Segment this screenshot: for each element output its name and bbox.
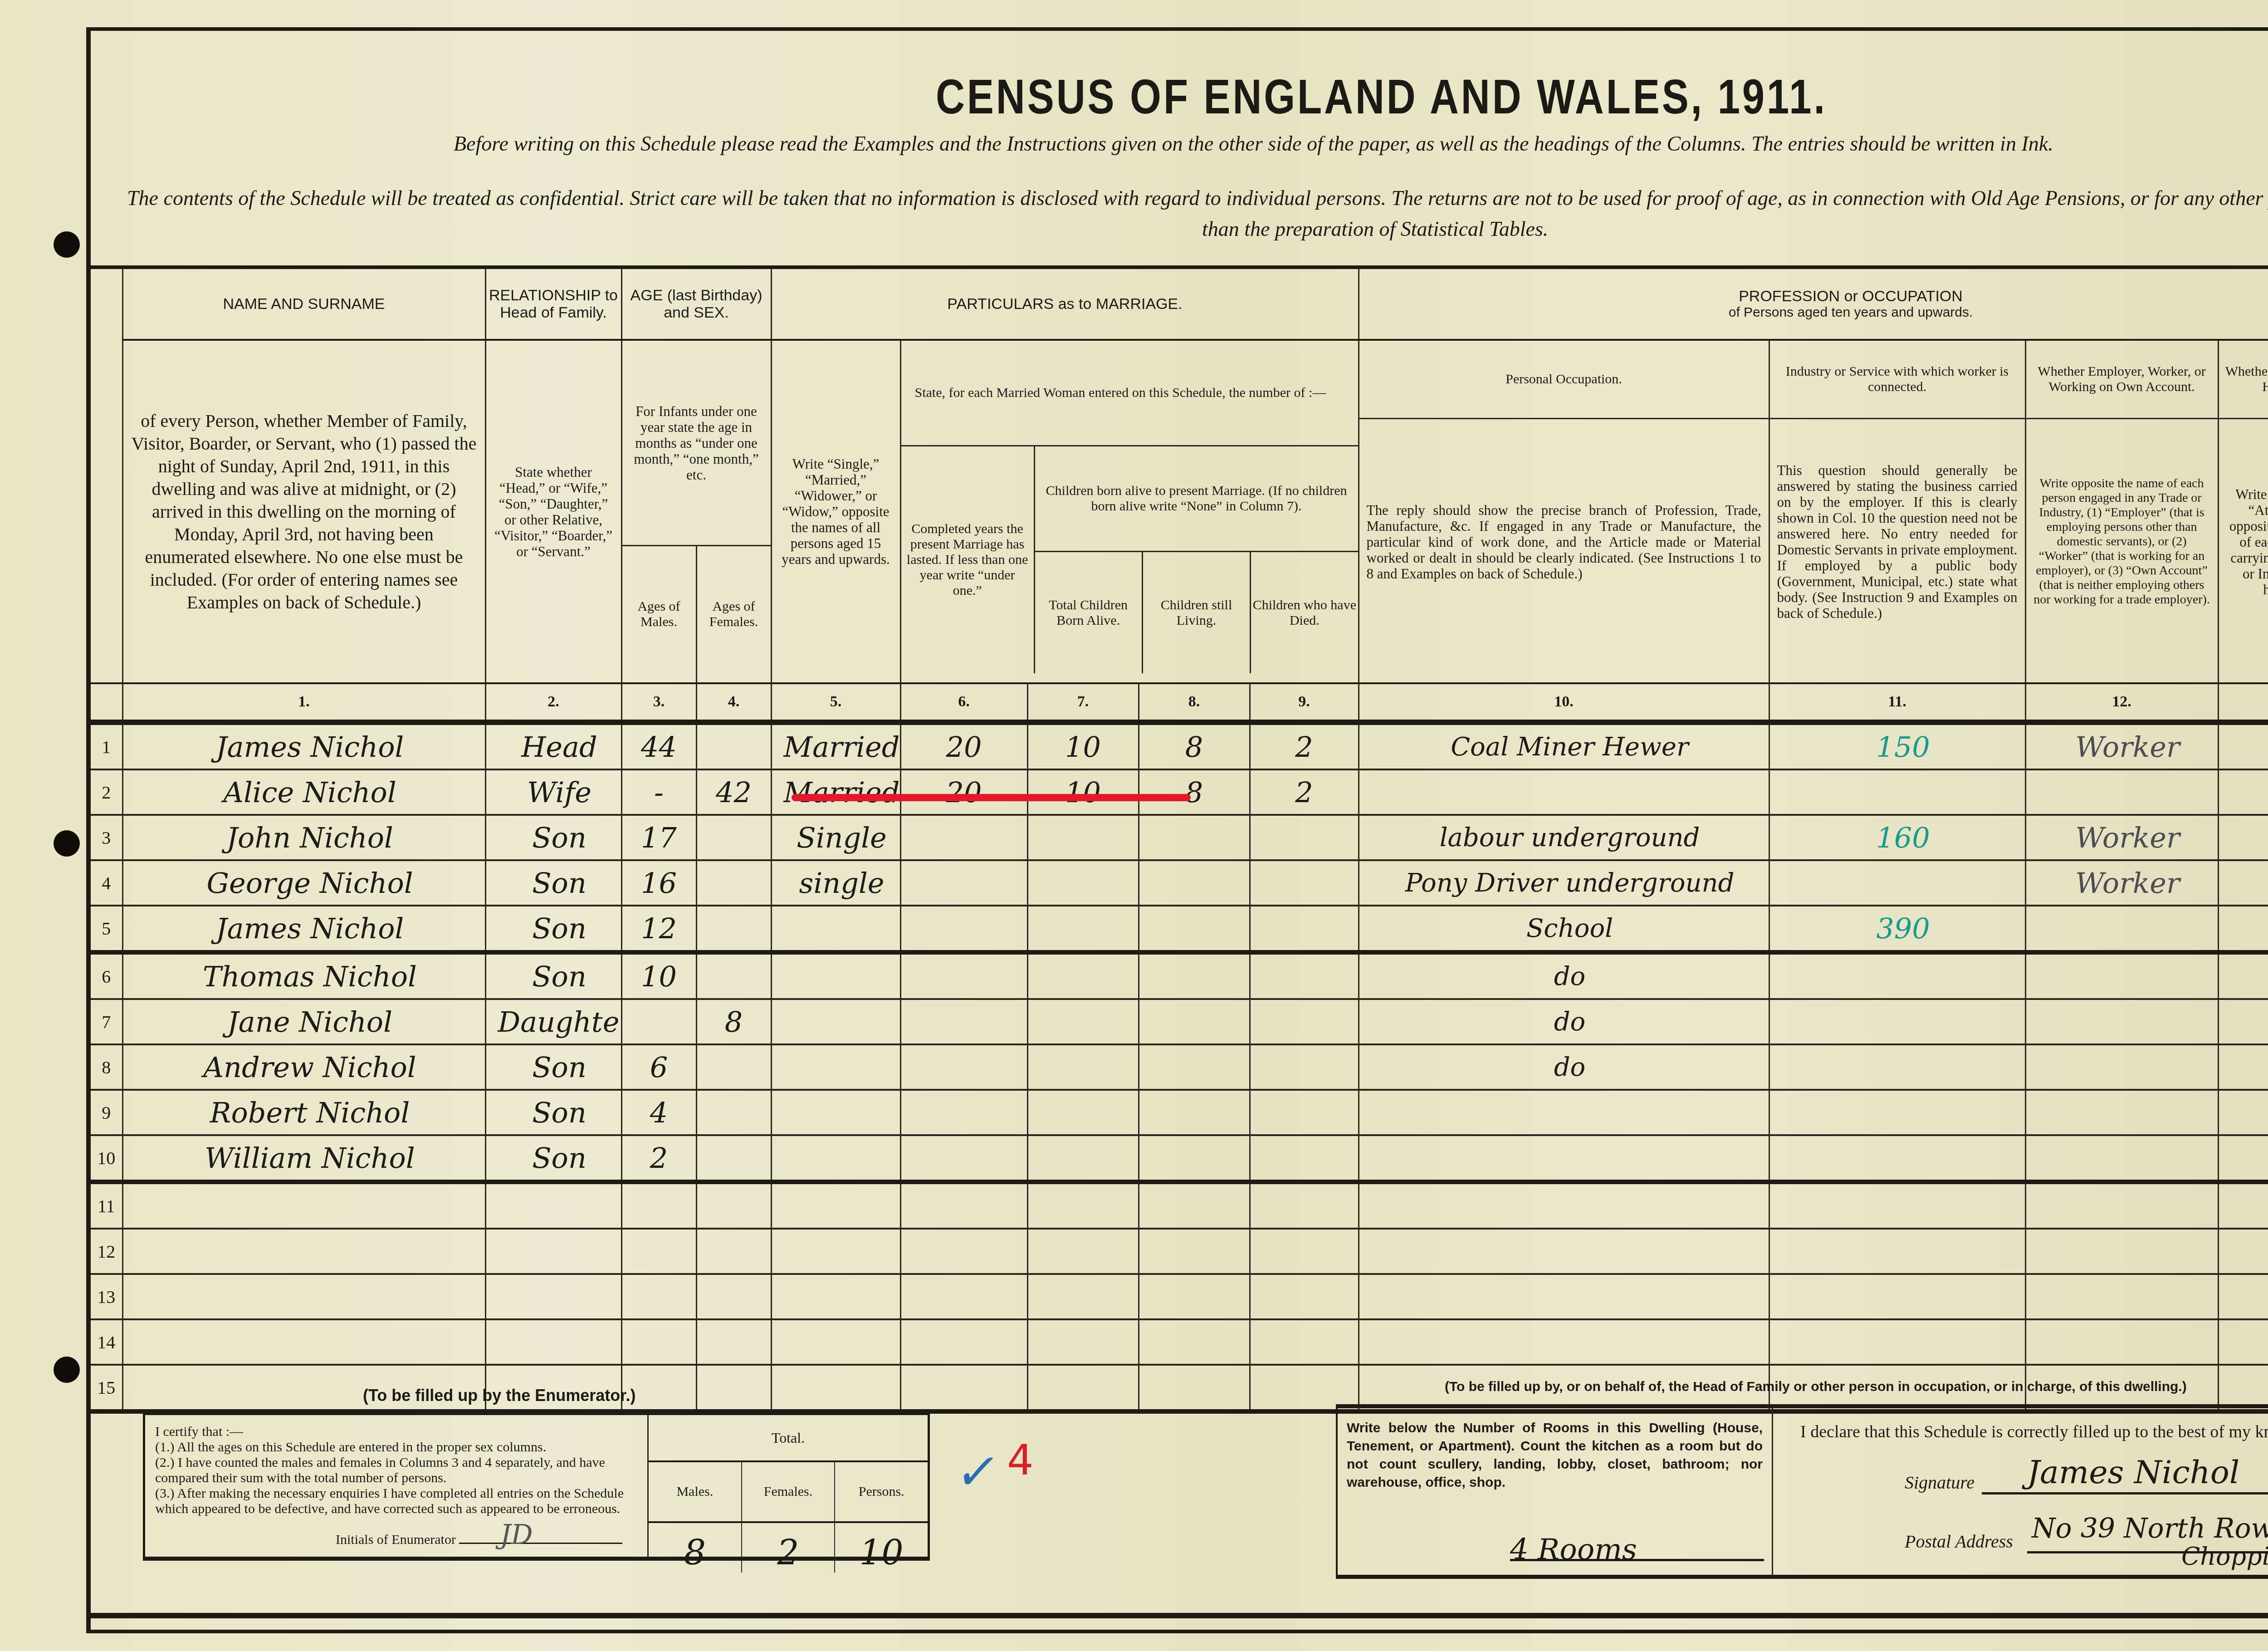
- header-children-total: Total Children Born Alive.: [1035, 552, 1143, 673]
- row-number: 6: [91, 952, 122, 999]
- totals-females-label: Females.: [742, 1462, 835, 1523]
- census-schedule-page: CENSUS OF ENGLAND AND WALES, 1911. Befor…: [0, 0, 2268, 1651]
- working-at-home-cell[interactable]: [2218, 952, 2268, 999]
- postal-address-line-2[interactable]: Choppington Northumberland: [2181, 1542, 2268, 1571]
- age-female-cell[interactable]: [696, 1229, 771, 1274]
- confidential-line-2: than the preparation of Statistical Tabl…: [1202, 217, 1548, 241]
- name-cell[interactable]: [122, 1182, 485, 1229]
- personal-occupation-cell[interactable]: Pony Driver underground: [1359, 860, 1769, 906]
- children-living-cell[interactable]: [1139, 815, 1250, 860]
- relationship-cell[interactable]: Wife: [485, 769, 621, 815]
- red-correction-underline: [792, 794, 1191, 801]
- occupation-subtitle: of Persons aged ten years and upwards.: [1359, 305, 2268, 320]
- initials-value[interactable]: JD: [459, 1527, 622, 1544]
- years-married-cell[interactable]: [900, 1135, 1027, 1182]
- row-number: 12: [91, 1229, 122, 1274]
- row-number: 8: [91, 1044, 122, 1090]
- header-years-married: Completed years the present Marriage has…: [901, 446, 1035, 673]
- age-female-cell[interactable]: [696, 1044, 771, 1090]
- name-cell[interactable]: William Nichol: [122, 1135, 485, 1182]
- children-living-cell[interactable]: [1139, 999, 1250, 1044]
- children-total-cell[interactable]: [1027, 815, 1139, 860]
- confidential-line: The contents of the Schedule will be tre…: [127, 186, 2268, 210]
- punch-hole-icon: [54, 1357, 80, 1383]
- marital-condition-cell[interactable]: [771, 1182, 900, 1229]
- table-row: 5James NicholSon12School390Do West Sleek…: [91, 906, 2268, 952]
- employer-worker-cell[interactable]: [2025, 1182, 2218, 1229]
- age-male-cell[interactable]: 12: [621, 906, 696, 952]
- children-died-cell[interactable]: [1250, 1182, 1359, 1229]
- employer-worker-cell[interactable]: [2025, 1090, 2218, 1135]
- employer-worker-cell[interactable]: [2025, 1135, 2218, 1182]
- instructions-working-at-home: Write the words “At Home” opposite the n…: [2219, 419, 2268, 664]
- age-male-cell[interactable]: 10: [621, 952, 696, 999]
- marital-condition-cell[interactable]: [771, 952, 900, 999]
- years-married-cell[interactable]: [900, 999, 1027, 1044]
- name-cell[interactable]: [122, 1274, 485, 1319]
- relationship-cell[interactable]: Son: [485, 860, 621, 906]
- industry-cell[interactable]: [1769, 1044, 2025, 1090]
- personal-occupation-cell[interactable]: [1359, 1319, 1769, 1365]
- row-number: 7: [91, 999, 122, 1044]
- employer-worker-cell[interactable]: [2025, 1229, 2218, 1274]
- header-children-group: Children born alive to present Marriage.…: [1035, 446, 1358, 552]
- working-at-home-cell[interactable]: [2218, 1319, 2268, 1365]
- children-died-cell[interactable]: [1250, 860, 1359, 906]
- children-living-cell[interactable]: [1139, 906, 1250, 952]
- instruction-line: Before writing on this Schedule please r…: [454, 132, 2053, 156]
- certify-intro: I certify that :—: [155, 1424, 637, 1440]
- age-male-cell[interactable]: [621, 1319, 696, 1365]
- head-of-family-heading: (To be filled up by, or on behalf of, th…: [1445, 1379, 2187, 1395]
- age-female-cell[interactable]: [696, 952, 771, 999]
- children-total-cell[interactable]: [1027, 1229, 1139, 1274]
- children-died-cell[interactable]: [1250, 1274, 1359, 1319]
- personal-occupation-cell[interactable]: School: [1359, 906, 1769, 952]
- marital-condition-cell[interactable]: Married: [771, 769, 900, 815]
- children-living-cell[interactable]: [1139, 1319, 1250, 1365]
- working-at-home-cell[interactable]: [2218, 860, 2268, 906]
- table-row: 13: [91, 1274, 2268, 1319]
- children-living-cell[interactable]: [1139, 1090, 1250, 1135]
- personal-occupation-cell[interactable]: [1359, 1090, 1769, 1135]
- instructions-married-woman: State, for each Married Woman entered on…: [901, 341, 1358, 445]
- header-personal-occupation: Personal Occupation.: [1359, 341, 1769, 419]
- years-married-cell[interactable]: [900, 952, 1027, 999]
- relationship-cell[interactable]: Son: [485, 906, 621, 952]
- employer-worker-cell[interactable]: [2025, 906, 2218, 952]
- row-number: 11: [91, 1182, 122, 1229]
- married-woman-subheader: State, for each Married Woman entered on…: [900, 340, 1359, 683]
- row-number: 4: [91, 860, 122, 906]
- enumerator-heading: (To be filled up by the Enumerator.): [363, 1386, 635, 1405]
- totals-persons-value[interactable]: 10: [835, 1523, 928, 1573]
- years-married-cell[interactable]: [900, 1365, 1027, 1411]
- header-ages-females: Ages of Females.: [697, 546, 771, 682]
- relationship-cell[interactable]: [485, 1319, 621, 1365]
- instructions-name: of every Person, whether Member of Famil…: [122, 340, 485, 683]
- totals-females-value[interactable]: 2: [742, 1523, 835, 1573]
- column-number: 11.: [1769, 683, 2025, 722]
- industry-cell[interactable]: [1769, 1182, 2025, 1229]
- age-male-cell[interactable]: 17: [621, 815, 696, 860]
- employer-worker-cell[interactable]: Worker: [2025, 722, 2218, 769]
- children-total-cell[interactable]: [1027, 1090, 1139, 1135]
- employer-subheader: Whether Employer, Worker, or Working on …: [2025, 340, 2218, 683]
- age-male-cell[interactable]: 44: [621, 722, 696, 769]
- working-at-home-cell[interactable]: [2218, 1090, 2268, 1135]
- age-female-cell[interactable]: [696, 1090, 771, 1135]
- age-male-cell[interactable]: 6: [621, 1044, 696, 1090]
- row-number: 3: [91, 815, 122, 860]
- children-living-cell[interactable]: [1139, 1365, 1250, 1411]
- age-female-cell[interactable]: 8: [696, 999, 771, 1044]
- employer-worker-cell[interactable]: [2025, 1044, 2218, 1090]
- children-died-cell[interactable]: [1250, 1319, 1359, 1365]
- totals-heading: Total.: [649, 1415, 928, 1462]
- industry-cell[interactable]: 160: [1769, 815, 2025, 860]
- table-row: 7Jane NicholDaughter8doDo West Sleekburn: [91, 999, 2268, 1044]
- row-number: 5: [91, 906, 122, 952]
- row-number: 10: [91, 1135, 122, 1182]
- table-row: 1James NicholHead44Married201082Coal Min…: [91, 722, 2268, 769]
- declaration-section: I declare that this Schedule is correctl…: [1773, 1408, 2268, 1575]
- working-at-home-cell[interactable]: [2218, 1182, 2268, 1229]
- children-died-cell[interactable]: [1250, 1135, 1359, 1182]
- punch-hole-icon: [54, 830, 80, 857]
- marital-condition-cell[interactable]: single: [771, 860, 900, 906]
- marital-condition-cell[interactable]: [771, 999, 900, 1044]
- years-married-cell[interactable]: [900, 860, 1027, 906]
- relationship-cell[interactable]: Son: [485, 1044, 621, 1090]
- header-employer: Whether Employer, Worker, or Working on …: [2026, 341, 2218, 419]
- marital-condition-cell[interactable]: [771, 1365, 900, 1411]
- children-died-cell[interactable]: [1250, 952, 1359, 999]
- employer-worker-cell[interactable]: Worker: [2025, 815, 2218, 860]
- personal-occupation-cell[interactable]: labour underground: [1359, 815, 1769, 860]
- industry-cell[interactable]: [1769, 999, 2025, 1044]
- row-number: 14: [91, 1319, 122, 1365]
- table-row: 14: [91, 1319, 2268, 1365]
- industry-cell[interactable]: 150: [1769, 722, 2025, 769]
- children-living-cell[interactable]: [1139, 1182, 1250, 1229]
- instructions-personal-occupation: The reply should show the precise branch…: [1359, 419, 1769, 664]
- marital-condition-cell[interactable]: [771, 1229, 900, 1274]
- relationship-cell[interactable]: [485, 1182, 621, 1229]
- initials-label: Initials of Enumerator: [336, 1532, 456, 1547]
- column-number: 5.: [771, 683, 900, 722]
- age-male-cell[interactable]: [621, 999, 696, 1044]
- children-died-cell[interactable]: [1250, 1090, 1359, 1135]
- industry-cell[interactable]: [1769, 1135, 2025, 1182]
- header-ages-males: Ages of Males.: [622, 546, 697, 682]
- census-table: NAME AND SURNAME RELATIONSHIP to Head of…: [91, 265, 2268, 1414]
- age-female-cell[interactable]: [696, 906, 771, 952]
- row-number: 9: [91, 1090, 122, 1135]
- header-name: NAME AND SURNAME: [122, 267, 485, 340]
- header-children-died: Children who have Died.: [1251, 552, 1358, 673]
- column-number: 7.: [1027, 683, 1139, 722]
- personal-occupation-cell[interactable]: Coal Miner Hewer: [1359, 722, 1769, 769]
- punch-hole-icon: [54, 231, 80, 258]
- enumerator-totals: Total. Males.8 Females.2 Persons.10: [649, 1415, 928, 1557]
- age-female-cell[interactable]: [696, 1319, 771, 1365]
- working-at-home-cell[interactable]: [2218, 815, 2268, 860]
- name-cell[interactable]: James Nichol: [122, 722, 485, 769]
- relationship-cell[interactable]: Son: [485, 952, 621, 999]
- industry-cell[interactable]: [1769, 860, 2025, 906]
- children-died-cell[interactable]: [1250, 999, 1359, 1044]
- table-row: 9Robert NicholSon4Do West Sleekburn: [91, 1090, 2268, 1135]
- name-cell[interactable]: Thomas Nichol: [122, 952, 485, 999]
- header-children-living: Children still Living.: [1143, 552, 1251, 673]
- children-died-cell[interactable]: [1250, 1229, 1359, 1274]
- signature-label: Signature: [1905, 1472, 1975, 1493]
- age-female-cell[interactable]: [696, 1135, 771, 1182]
- children-died-cell[interactable]: 2: [1250, 722, 1359, 769]
- age-male-cell[interactable]: [621, 1274, 696, 1319]
- column-number: 1.: [122, 683, 485, 722]
- marital-condition-cell[interactable]: [771, 1135, 900, 1182]
- row-number: 13: [91, 1274, 122, 1319]
- working-at-home-cell[interactable]: [2218, 1135, 2268, 1182]
- personal-occupation-cell[interactable]: do: [1359, 952, 1769, 999]
- name-cell[interactable]: Jane Nichol: [122, 999, 485, 1044]
- name-cell[interactable]: John Nichol: [122, 815, 485, 860]
- industry-cell[interactable]: 390: [1769, 906, 2025, 952]
- row-number-header: [91, 267, 122, 683]
- employer-worker-cell[interactable]: [2025, 952, 2218, 999]
- children-total-cell[interactable]: [1027, 860, 1139, 906]
- children-living-cell[interactable]: [1139, 952, 1250, 999]
- name-cell[interactable]: Andrew Nichol: [122, 1044, 485, 1090]
- children-living-cell[interactable]: [1139, 1229, 1250, 1274]
- signature-value[interactable]: James Nichol: [2027, 1454, 2239, 1491]
- age-female-cell[interactable]: [696, 1182, 771, 1229]
- children-total-cell[interactable]: [1027, 1274, 1139, 1319]
- column-number: 6.: [900, 683, 1027, 722]
- relationship-cell[interactable]: Son: [485, 1090, 621, 1135]
- years-married-cell[interactable]: [900, 1044, 1027, 1090]
- table-row: 2Alice NicholWife-42Married201082Northum…: [91, 769, 2268, 815]
- home-subheader: Whether Working at Home. Write the words…: [2218, 340, 2268, 683]
- certify-item-1: (1.) All the ages on this Schedule are e…: [155, 1440, 637, 1455]
- industry-cell[interactable]: [1769, 1274, 2025, 1319]
- employer-worker-cell[interactable]: [2025, 999, 2218, 1044]
- name-cell[interactable]: Robert Nichol: [122, 1090, 485, 1135]
- age-male-cell[interactable]: -: [621, 769, 696, 815]
- marital-condition-cell[interactable]: Single: [771, 815, 900, 860]
- years-married-cell[interactable]: [900, 1090, 1027, 1135]
- instructions-industry: This question should generally be answer…: [1770, 419, 2025, 664]
- relationship-cell[interactable]: [485, 1229, 621, 1274]
- column-number: 4.: [696, 683, 771, 722]
- marital-condition-cell[interactable]: [771, 1319, 900, 1365]
- age-male-cell[interactable]: 4: [621, 1090, 696, 1135]
- table-row: 11: [91, 1182, 2268, 1229]
- occupation-title: PROFESSION or OCCUPATION: [1359, 288, 2268, 305]
- row-number: 15: [91, 1365, 122, 1411]
- industry-cell[interactable]: [1769, 1319, 2025, 1365]
- age-male-cell[interactable]: [621, 1182, 696, 1229]
- children-living-cell[interactable]: [1139, 860, 1250, 906]
- relationship-cell[interactable]: Son: [485, 1135, 621, 1182]
- name-cell[interactable]: [122, 1229, 485, 1274]
- column-number-row: 1. 2. 3. 4. 5. 6. 7. 8. 9. 10. 11. 12. 1…: [91, 683, 2268, 722]
- age-female-cell[interactable]: [696, 722, 771, 769]
- rooms-instructions: Write below the Number of Rooms in this …: [1347, 1419, 1763, 1492]
- totals-males-label: Males.: [649, 1462, 741, 1523]
- personal-occupation-cell[interactable]: [1359, 1135, 1769, 1182]
- relationship-cell[interactable]: Head: [485, 722, 621, 769]
- declaration-statement: I declare that this Schedule is correctl…: [1800, 1422, 2268, 1442]
- children-died-cell[interactable]: [1250, 1044, 1359, 1090]
- totals-males-value[interactable]: 8: [649, 1523, 741, 1573]
- household-rows: 1James NicholHead44Married201082Coal Min…: [91, 722, 2268, 1411]
- working-at-home-cell[interactable]: [2218, 722, 2268, 769]
- personal-occupation-cell[interactable]: do: [1359, 1044, 1769, 1090]
- signature-underline: [1982, 1492, 2268, 1494]
- postal-address-label: Postal Address: [1905, 1531, 2013, 1552]
- name-cell[interactable]: Alice Nichol: [122, 769, 485, 815]
- table-row: 8Andrew NicholSon6doDo West Sleekburn: [91, 1044, 2268, 1090]
- children-total-cell[interactable]: [1027, 1365, 1139, 1411]
- years-married-cell[interactable]: [900, 1319, 1027, 1365]
- marital-condition-cell[interactable]: [771, 1044, 900, 1090]
- personal-occupation-cell[interactable]: [1359, 1182, 1769, 1229]
- column-number: 9.: [1250, 683, 1359, 722]
- relationship-cell[interactable]: [485, 1274, 621, 1319]
- rooms-value[interactable]: 4 Rooms: [1510, 1541, 1764, 1561]
- enumerator-certification: I certify that :— (1.) All the ages on t…: [145, 1415, 649, 1557]
- age-male-cell[interactable]: 16: [621, 860, 696, 906]
- postal-address-line-1[interactable]: No 39 North Row West Sleekburn: [2032, 1513, 2268, 1544]
- personal-occupation-subheader: Personal Occupation. The reply should sh…: [1359, 340, 1769, 683]
- column-number: 3.: [621, 683, 696, 722]
- personal-occupation-cell[interactable]: do: [1359, 999, 1769, 1044]
- working-at-home-cell[interactable]: [2218, 906, 2268, 952]
- children-total-cell[interactable]: [1027, 952, 1139, 999]
- instructions-relationship: State whether “Head,” or “Wife,” “Son,” …: [485, 340, 621, 683]
- years-married-cell[interactable]: [900, 1274, 1027, 1319]
- header-age: AGE (last Birthday) and SEX.: [621, 267, 771, 340]
- bottom-rule: [91, 1613, 2268, 1618]
- industry-subheader: Industry or Service with which worker is…: [1769, 340, 2025, 683]
- enumerator-certificate-box: I certify that :— (1.) All the ages on t…: [143, 1411, 930, 1561]
- table-row: 10William NicholSon2Do West Sleekburn: [91, 1135, 2268, 1182]
- column-number: 13.: [2218, 683, 2268, 722]
- row-number: 1: [91, 722, 122, 769]
- age-male-cell[interactable]: [621, 1229, 696, 1274]
- age-female-cell[interactable]: [696, 1365, 771, 1411]
- age-subheader: For Infants under one year state the age…: [621, 340, 771, 683]
- relationship-cell[interactable]: Son: [485, 815, 621, 860]
- working-at-home-cell[interactable]: [2218, 1229, 2268, 1274]
- age-female-cell[interactable]: [696, 860, 771, 906]
- name-cell[interactable]: James Nichol: [122, 906, 485, 952]
- children-total-cell[interactable]: [1027, 1044, 1139, 1090]
- industry-cell[interactable]: [1769, 769, 2025, 815]
- years-married-cell[interactable]: [900, 1229, 1027, 1274]
- header-occupation: PROFESSION or OCCUPATION of Persons aged…: [1359, 267, 2268, 340]
- employer-worker-cell[interactable]: [2025, 769, 2218, 815]
- marital-condition-cell[interactable]: [771, 1274, 900, 1319]
- working-at-home-cell[interactable]: [2218, 769, 2268, 815]
- certify-item-2: (2.) I have counted the males and female…: [155, 1455, 637, 1486]
- children-total-cell[interactable]: [1027, 1319, 1139, 1365]
- relationship-cell[interactable]: Daughter: [485, 999, 621, 1044]
- column-number: 12.: [2025, 683, 2218, 722]
- marital-condition-cell[interactable]: Married: [771, 722, 900, 769]
- children-died-cell[interactable]: 2: [1250, 769, 1359, 815]
- children-total-cell[interactable]: 10: [1027, 722, 1139, 769]
- table-row: 4George NicholSon16singlePony Driver und…: [91, 860, 2268, 906]
- age-male-cell[interactable]: 2: [621, 1135, 696, 1182]
- children-living-cell[interactable]: [1139, 1135, 1250, 1182]
- years-married-cell[interactable]: [900, 906, 1027, 952]
- children-living-cell[interactable]: [1139, 1044, 1250, 1090]
- children-total-cell[interactable]: 10: [1027, 769, 1139, 815]
- employer-worker-cell[interactable]: [2025, 1319, 2218, 1365]
- children-total-cell[interactable]: [1027, 1135, 1139, 1182]
- years-married-cell[interactable]: [900, 815, 1027, 860]
- personal-occupation-cell[interactable]: [1359, 1229, 1769, 1274]
- name-cell[interactable]: George Nichol: [122, 860, 485, 906]
- years-married-cell[interactable]: [900, 1182, 1027, 1229]
- working-at-home-cell[interactable]: [2218, 1044, 2268, 1090]
- page-title: CENSUS OF ENGLAND AND WALES, 1911.: [249, 68, 2268, 125]
- header-marriage: PARTICULARS as to MARRIAGE.: [771, 267, 1359, 340]
- children-died-cell[interactable]: [1250, 906, 1359, 952]
- age-female-cell[interactable]: [696, 1274, 771, 1319]
- children-living-cell[interactable]: [1139, 1274, 1250, 1319]
- marital-condition-cell[interactable]: [771, 906, 900, 952]
- instructions-condition: Write “Single,” “Married,” “Widower,” or…: [771, 340, 900, 683]
- age-female-cell[interactable]: [696, 815, 771, 860]
- table-row: 12: [91, 1229, 2268, 1274]
- red-annotation-number: 4: [1007, 1436, 1034, 1484]
- column-number: 10.: [1359, 683, 1769, 722]
- children-died-cell[interactable]: [1250, 815, 1359, 860]
- children-total-cell[interactable]: [1027, 1182, 1139, 1229]
- head-of-family-box: Write below the Number of Rooms in this …: [1336, 1404, 2268, 1579]
- row-number: 2: [91, 769, 122, 815]
- children-total-cell[interactable]: [1027, 999, 1139, 1044]
- age-female-cell[interactable]: 42: [696, 769, 771, 815]
- rooms-section: Write below the Number of Rooms in this …: [1338, 1408, 1773, 1575]
- name-cell[interactable]: [122, 1319, 485, 1365]
- marital-condition-cell[interactable]: [771, 1090, 900, 1135]
- years-married-cell[interactable]: 20: [900, 722, 1027, 769]
- header-working-at-home: Whether Working at Home.: [2219, 341, 2268, 419]
- table-row: 6Thomas NicholSon10doDo West Sleekburn: [91, 952, 2268, 999]
- personal-occupation-cell[interactable]: [1359, 1274, 1769, 1319]
- children-living-cell[interactable]: 8: [1139, 769, 1250, 815]
- working-at-home-cell[interactable]: [2218, 1274, 2268, 1319]
- column-number: 2.: [485, 683, 621, 722]
- years-married-cell[interactable]: 20: [900, 769, 1027, 815]
- employer-worker-cell[interactable]: [2025, 1274, 2218, 1319]
- children-total-cell[interactable]: [1027, 906, 1139, 952]
- personal-occupation-cell[interactable]: [1359, 769, 1769, 815]
- industry-cell[interactable]: [1769, 1090, 2025, 1135]
- header-industry: Industry or Service with which worker is…: [1770, 341, 2025, 419]
- working-at-home-cell[interactable]: [2218, 999, 2268, 1044]
- industry-cell[interactable]: [1769, 952, 2025, 999]
- employer-worker-cell[interactable]: Worker: [2025, 860, 2218, 906]
- children-living-cell[interactable]: 8: [1139, 722, 1250, 769]
- industry-cell[interactable]: [1769, 1229, 2025, 1274]
